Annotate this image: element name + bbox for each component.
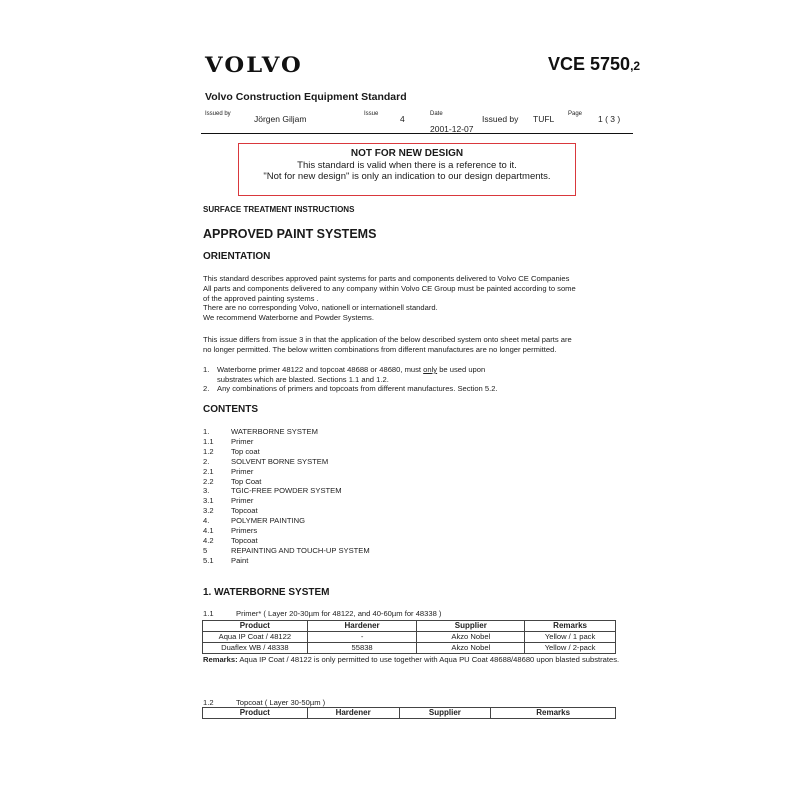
topcoat-table: Product Hardener Supplier Remarks <box>202 707 616 719</box>
category-label: SURFACE TREATMENT INSTRUCTIONS <box>203 205 354 214</box>
diff-line: This issue differs from issue 3 in that … <box>203 335 643 345</box>
notice-title: NOT FOR NEW DESIGN <box>239 148 575 160</box>
remarks-text: Aqua IP Coat / 48122 is only permitted t… <box>238 655 620 664</box>
orientation-line: of the approved painting systems . <box>203 294 643 304</box>
primer-table: Product Hardener Supplier Remarks Aqua I… <box>202 620 616 654</box>
toc-number: 5.1 <box>203 556 231 566</box>
toc-label: Primer <box>231 437 253 447</box>
cell-supplier: Akzo Nobel <box>417 632 525 643</box>
toc-number: 2.1 <box>203 467 231 477</box>
toc-number: 3.2 <box>203 506 231 516</box>
orientation-heading: ORIENTATION <box>203 251 270 262</box>
table-row: Aqua IP Coat / 48122 - Akzo Nobel Yellow… <box>203 632 616 643</box>
issued-by-value: Jörgen Giljam <box>254 114 306 124</box>
cell-product: Aqua IP Coat / 48122 <box>203 632 308 643</box>
not-for-new-design-notice: NOT FOR NEW DESIGN This standard is vali… <box>238 143 576 196</box>
toc-item: 1.WATERBORNE SYSTEM <box>203 427 370 437</box>
issued-by2-label: Issued by <box>482 114 518 124</box>
toc-item: 3.1Primer <box>203 496 370 506</box>
toc-label: Primer <box>231 496 253 506</box>
toc-number: 4.2 <box>203 536 231 546</box>
toc-number: 3.1 <box>203 496 231 506</box>
header-divider <box>201 133 633 134</box>
item-text: Any combinations of primers and topcoats… <box>217 384 498 393</box>
subsection-number: 1.1 <box>203 609 236 618</box>
column-header: Supplier <box>399 708 491 719</box>
toc-item: 4.2Topcoat <box>203 536 370 546</box>
column-header: Hardener <box>307 621 417 632</box>
restriction-list: 1.Waterborne primer 48122 and topcoat 48… <box>203 365 498 394</box>
toc-label: Topcoat <box>231 506 258 516</box>
toc-item: 4.1Primers <box>203 526 370 536</box>
toc-number: 4.1 <box>203 526 231 536</box>
table-of-contents: 1.WATERBORNE SYSTEM1.1Primer1.2Top coat2… <box>203 427 370 566</box>
toc-item: 1.2Top coat <box>203 447 370 457</box>
toc-label: SOLVENT BORNE SYSTEM <box>231 457 328 467</box>
toc-label: POLYMER PAINTING <box>231 516 305 526</box>
toc-item: 3.2Topcoat <box>203 506 370 516</box>
restriction-item: 1.Waterborne primer 48122 and topcoat 48… <box>203 365 498 375</box>
toc-item: 4.POLYMER PAINTING <box>203 516 370 526</box>
table-header-row: Product Hardener Supplier Remarks <box>203 621 616 632</box>
issue-value: 4 <box>400 114 405 124</box>
toc-label: TGIC-FREE POWDER SYSTEM <box>231 486 342 496</box>
orientation-line: We recommend Waterborne and Powder Syste… <box>203 313 643 323</box>
toc-item: 5.1Paint <box>203 556 370 566</box>
toc-number: 1.2 <box>203 447 231 457</box>
toc-item: 3.TGIC-FREE POWDER SYSTEM <box>203 486 370 496</box>
item-continuation: substrates which are blasted. Sections 1… <box>203 375 498 385</box>
toc-item: 2.2Top Coat <box>203 477 370 487</box>
toc-label: Topcoat <box>231 536 258 546</box>
document-number: VCE 5750,2 <box>548 54 640 75</box>
toc-number: 1. <box>203 427 231 437</box>
toc-label: Top coat <box>231 447 260 457</box>
section-1-heading: 1. WATERBORNE SYSTEM <box>203 587 330 598</box>
item-number: 1. <box>203 365 217 375</box>
issue-label: Issue <box>364 111 378 117</box>
toc-number: 3. <box>203 486 231 496</box>
column-header: Hardener <box>307 708 399 719</box>
contents-heading: CONTENTS <box>203 404 258 415</box>
toc-label: Top Coat <box>231 477 261 487</box>
issued-by-label: Issued by <box>205 111 231 117</box>
standard-title: Volvo Construction Equipment Standard <box>205 91 407 103</box>
cell-supplier: Akzo Nobel <box>417 643 525 654</box>
topcoat-subheading: 1.2Topcoat ( Layer 30-50µm ) <box>203 698 325 707</box>
toc-number: 5 <box>203 546 231 556</box>
notice-line-1: This standard is valid when there is a r… <box>239 160 575 172</box>
column-header: Product <box>203 621 308 632</box>
subsection-title: Primer* ( Layer 20-30µm for 48122, and 4… <box>236 609 441 618</box>
column-header: Remarks <box>491 708 616 719</box>
cell-hardener: - <box>307 632 417 643</box>
toc-item: 2.1Primer <box>203 467 370 477</box>
table-header-row: Product Hardener Supplier Remarks <box>203 708 616 719</box>
orientation-paragraph: This standard describes approved paint s… <box>203 274 643 323</box>
item-number: 2. <box>203 384 217 394</box>
primer-remarks: Remarks: Aqua IP Coat / 48122 is only pe… <box>203 655 623 665</box>
date-label: Date <box>430 111 443 117</box>
cell-remarks: Yellow / 1 pack <box>525 632 616 643</box>
primer-subheading: 1.1Primer* ( Layer 20-30µm for 48122, an… <box>203 609 441 618</box>
toc-label: WATERBORNE SYSTEM <box>231 427 318 437</box>
orientation-line: All parts and components delivered to an… <box>203 284 643 294</box>
item-emphasis: only <box>423 365 437 374</box>
issued-by2-value: TUFL <box>533 114 554 124</box>
subsection-number: 1.2 <box>203 698 236 707</box>
notice-line-2: "Not for new design" is only an indicati… <box>239 171 575 183</box>
diff-line: no longer permitted. The below written c… <box>203 345 643 355</box>
toc-number: 2. <box>203 457 231 467</box>
toc-label: Paint <box>231 556 248 566</box>
cell-remarks: Yellow / 2-pack <box>525 643 616 654</box>
column-header: Product <box>203 708 308 719</box>
toc-label: Primer <box>231 467 253 477</box>
toc-item: 5REPAINTING AND TOUCH-UP SYSTEM <box>203 546 370 556</box>
issue-diff-paragraph: This issue differs from issue 3 in that … <box>203 335 643 355</box>
doc-number-main: VCE 5750 <box>548 54 630 74</box>
restriction-item: 2.Any combinations of primers and topcoa… <box>203 384 498 394</box>
cell-hardener: 55838 <box>307 643 417 654</box>
item-text: Waterborne primer 48122 and topcoat 4868… <box>217 365 423 374</box>
toc-label: REPAINTING AND TOUCH-UP SYSTEM <box>231 546 370 556</box>
toc-item: 2.SOLVENT BORNE SYSTEM <box>203 457 370 467</box>
toc-item: 1.1Primer <box>203 437 370 447</box>
toc-number: 1.1 <box>203 437 231 447</box>
page-value: 1 ( 3 ) <box>598 114 620 124</box>
subsection-title: Topcoat ( Layer 30-50µm ) <box>236 698 325 707</box>
toc-number: 4. <box>203 516 231 526</box>
remarks-label: Remarks: <box>203 655 238 664</box>
page-label: Page <box>568 111 582 117</box>
item-text: be used upon <box>437 365 485 374</box>
column-header: Remarks <box>525 621 616 632</box>
table-row: Duaflex WB / 48338 55838 Akzo Nobel Yell… <box>203 643 616 654</box>
volvo-logo: VOLVO <box>205 52 303 77</box>
column-header: Supplier <box>417 621 525 632</box>
toc-number: 2.2 <box>203 477 231 487</box>
orientation-line: This standard describes approved paint s… <box>203 274 643 284</box>
toc-label: Primers <box>231 526 257 536</box>
cell-product: Duaflex WB / 48338 <box>203 643 308 654</box>
orientation-line: There are no corresponding Volvo, nation… <box>203 303 643 313</box>
page-title: APPROVED PAINT SYSTEMS <box>203 227 376 241</box>
doc-number-suffix: ,2 <box>630 59 640 73</box>
